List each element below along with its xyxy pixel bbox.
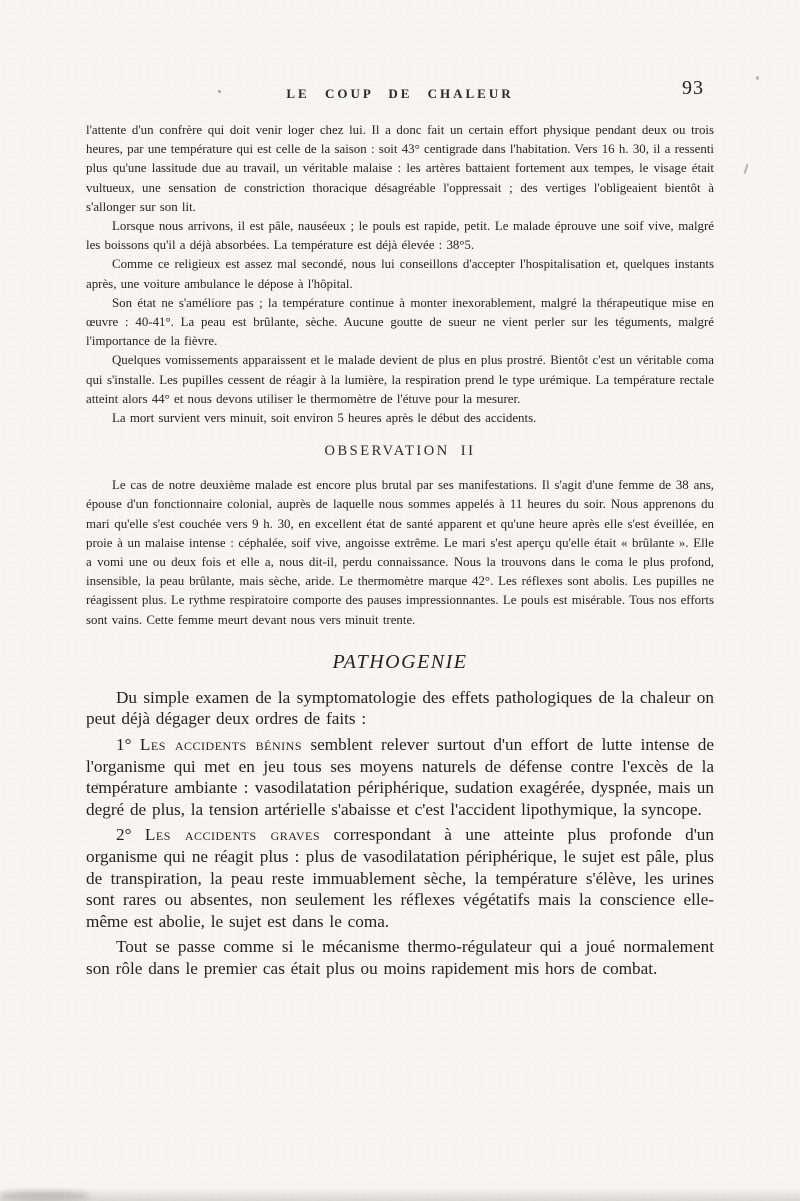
scanned-book-page: LE COUP DE CHALEUR 93 l'attente d'un con… <box>0 0 800 1201</box>
paragraph: Lorsque nous arrivons, il est pâle, naus… <box>86 217 714 255</box>
scan-artifact <box>756 76 759 80</box>
paragraph: Le cas de notre deuxième malade est enco… <box>86 476 714 630</box>
paragraph: Comme ce religieux est assez mal secondé… <box>86 255 714 293</box>
scan-edge-shadow <box>0 1187 800 1201</box>
running-header: LE COUP DE CHALEUR <box>0 86 800 102</box>
paragraph: 2° Les accidents graves correspondant à … <box>86 824 714 932</box>
text-column: l'attente d'un confrère qui doit venir l… <box>86 121 714 980</box>
scan-edge-smudge <box>0 1191 90 1201</box>
smallcaps-term: Les accidents graves <box>145 825 320 844</box>
pathogenie-text: Du simple examen de la symptomatologie d… <box>86 687 714 980</box>
scan-artifact <box>744 164 749 174</box>
paragraph: Son état ne s'améliore pas ; la températ… <box>86 294 714 352</box>
paragraph: l'attente d'un confrère qui doit venir l… <box>86 121 714 217</box>
observation-1-text: l'attente d'un confrère qui doit venir l… <box>86 121 714 428</box>
smallcaps-term: Les accidents bénins <box>140 735 302 754</box>
paragraph: Tout se passe comme si le mécanisme ther… <box>86 936 714 979</box>
ordinal-label: 2° <box>116 825 145 844</box>
paragraph: La mort survient vers minuit, soit envir… <box>86 409 714 428</box>
observation-2-text: Le cas de notre deuxième malade est enco… <box>86 476 714 630</box>
paragraph: 1° Les accidents bénins semblent relever… <box>86 734 714 820</box>
paragraph: Quelques vomissements apparaissent et le… <box>86 351 714 409</box>
page-number: 93 <box>682 77 704 100</box>
paragraph: Du simple examen de la symptomatologie d… <box>86 687 714 730</box>
pathogenie-heading: PATHOGENIE <box>86 651 714 674</box>
observation-2-heading: OBSERVATION II <box>86 443 714 460</box>
ordinal-label: 1° <box>116 735 140 754</box>
